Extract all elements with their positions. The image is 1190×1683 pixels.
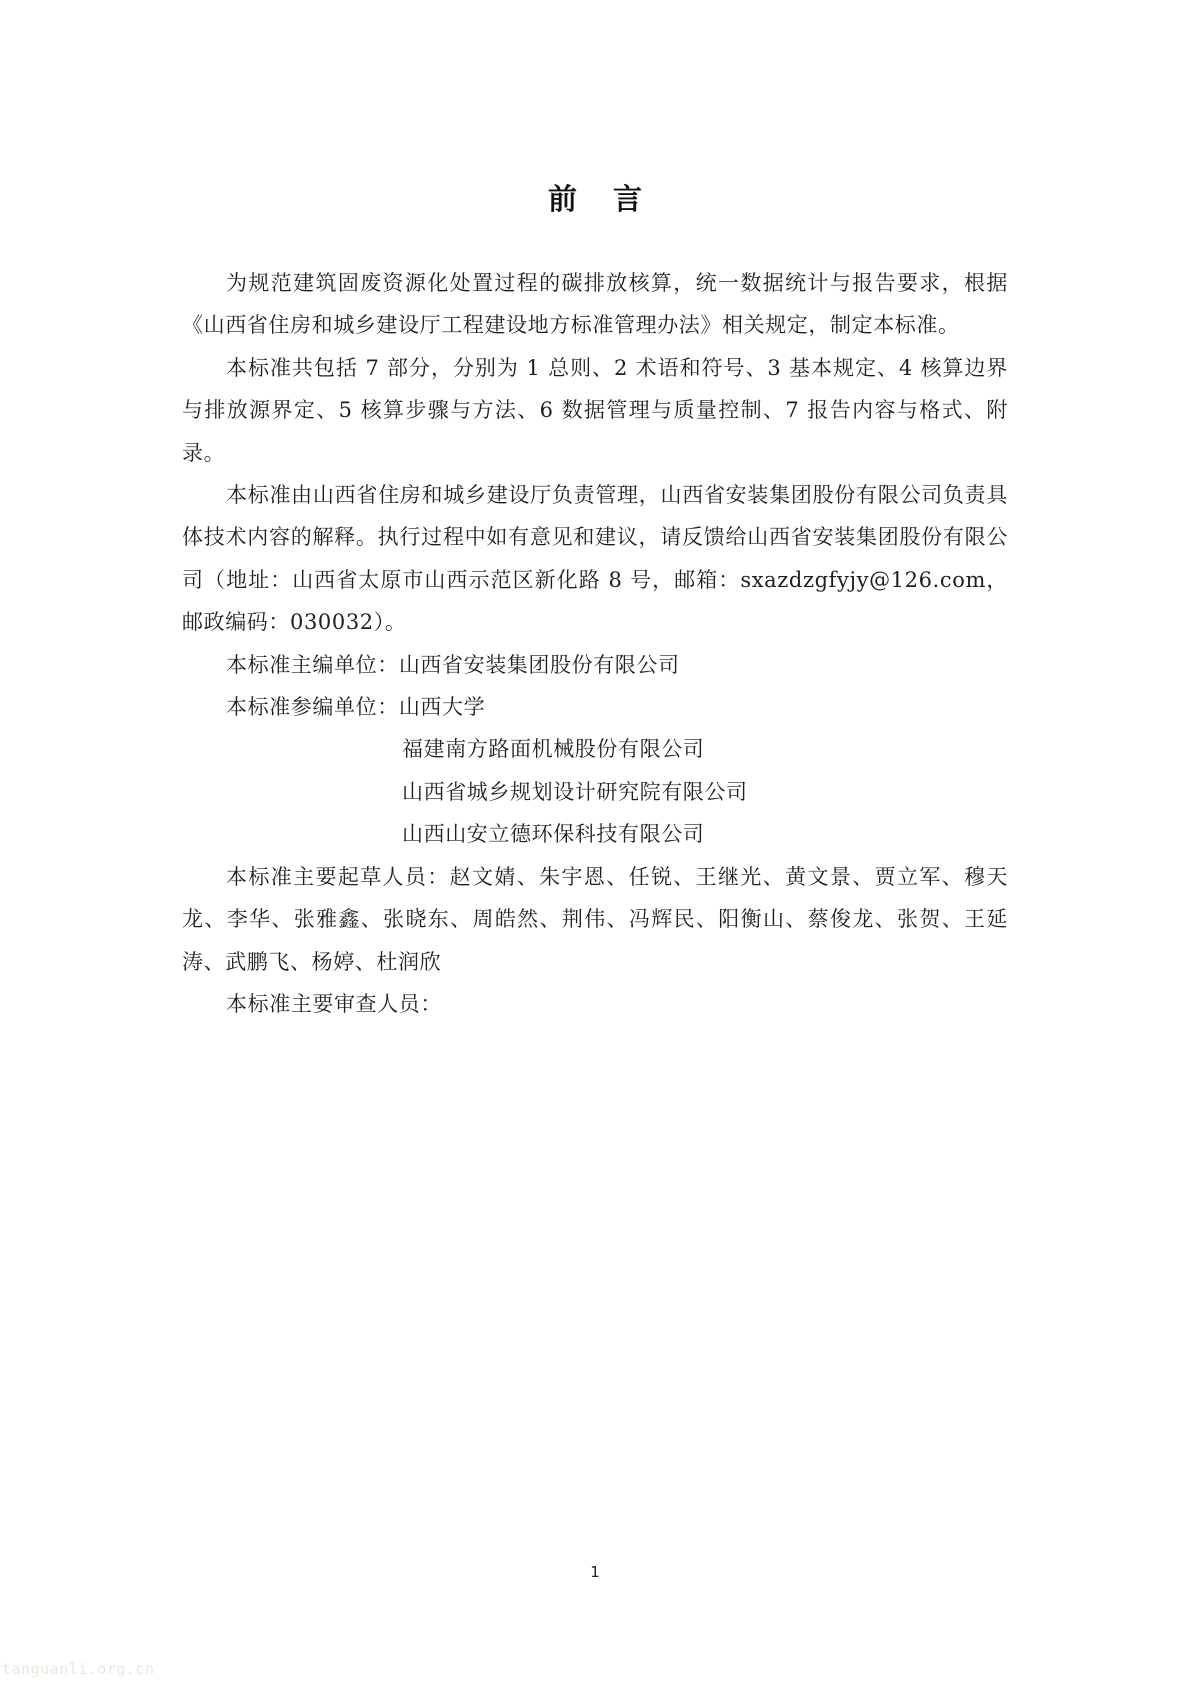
title-char-2: 言 (613, 182, 642, 216)
participating-editors-label: 本标准参编单位： (226, 695, 399, 719)
title-char-1: 前 (548, 182, 577, 216)
participating-org-2: 福建南方路面机械股份有限公司 (182, 728, 1008, 770)
drafters-label: 本标准主要起草人员： (226, 865, 450, 889)
chief-editor-label: 本标准主编单位： (226, 653, 399, 677)
document-page: 前言 为规范建筑固废资源化处置过程的碳排放核算，统一数据统计与报告要求，根据《山… (0, 0, 1190, 1683)
watermark: tanguanli.org.cn (2, 1660, 155, 1678)
participating-org-3: 山西省城乡规划设计研究院有限公司 (182, 771, 1008, 813)
paragraph-purpose: 为规范建筑固废资源化处置过程的碳排放核算，统一数据统计与报告要求，根据《山西省住… (182, 262, 1008, 347)
participating-org-4: 山西山安立德环保科技有限公司 (182, 813, 1008, 855)
chief-editor-line: 本标准主编单位：山西省安装集团股份有限公司 (182, 644, 1008, 686)
foreword-body: 为规范建筑固废资源化处置过程的碳排放核算，统一数据统计与报告要求，根据《山西省住… (182, 262, 1008, 1025)
reviewers-line: 本标准主要审查人员： (182, 983, 1008, 1025)
paragraph-management: 本标准由山西省住房和城乡建设厅负责管理，山西省安装集团股份有限公司负责具体技术内… (182, 474, 1008, 644)
participating-org-1: 山西大学 (399, 695, 485, 719)
reviewers-label: 本标准主要审查人员： (226, 992, 442, 1016)
drafters-paragraph: 本标准主要起草人员：赵文婧、朱宇恩、任锐、王继光、黄文景、贾立军、穆天龙、李华、… (182, 856, 1008, 983)
page-number: 1 (0, 1563, 1190, 1581)
chief-editor-org: 山西省安装集团股份有限公司 (399, 653, 680, 677)
participating-editors-line: 本标准参编单位：山西大学 (182, 686, 1008, 728)
page-title: 前言 (0, 182, 1190, 216)
paragraph-structure: 本标准共包括 7 部分，分别为 1 总则、2 术语和符号、3 基本规定、4 核算… (182, 347, 1008, 474)
